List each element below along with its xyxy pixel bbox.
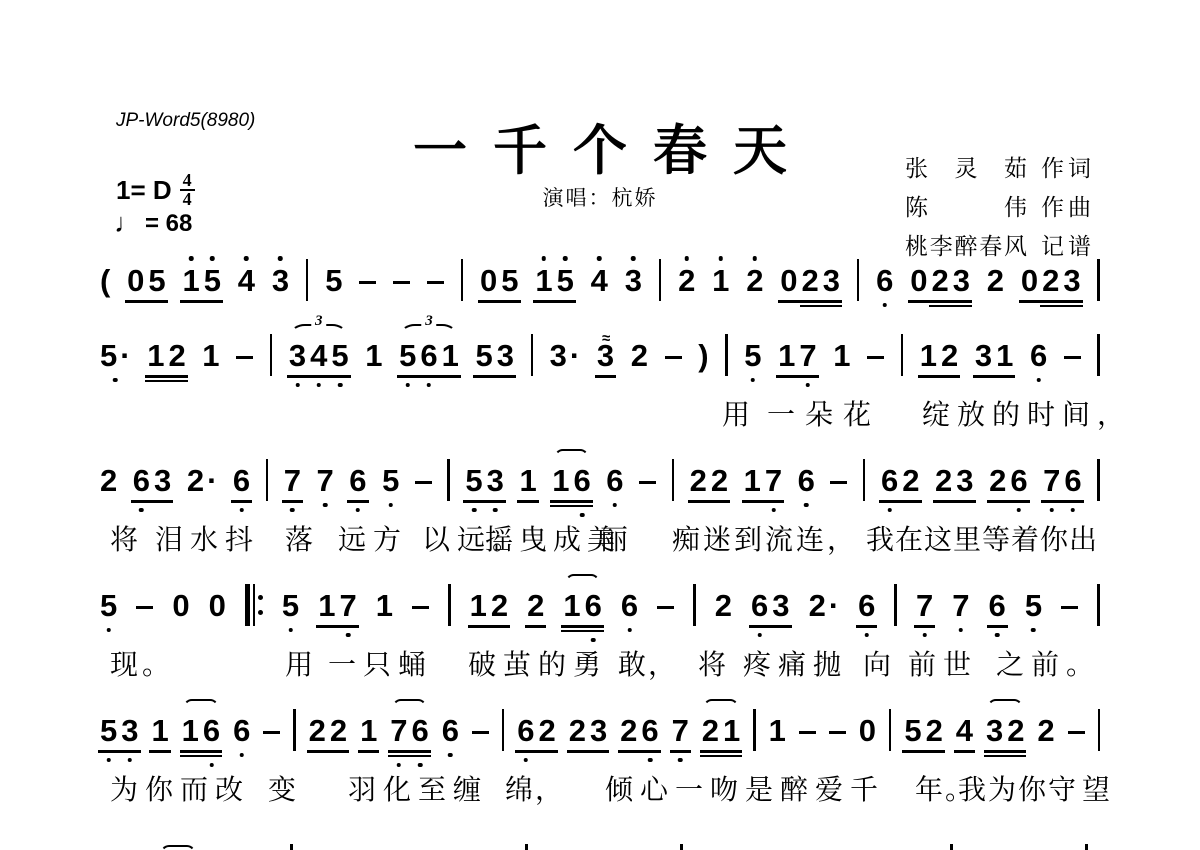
beam-underline bbox=[1041, 500, 1062, 503]
duration-dash bbox=[830, 481, 847, 485]
note: 2 bbox=[690, 464, 707, 498]
note-group: 63 bbox=[133, 464, 172, 498]
note-number: 3 bbox=[625, 263, 642, 298]
note: 6 bbox=[641, 714, 658, 748]
note-number: 0 bbox=[480, 263, 497, 298]
note: 3 bbox=[590, 714, 607, 748]
note-group: 76 bbox=[1043, 464, 1082, 498]
barline bbox=[889, 709, 892, 751]
beam-underline bbox=[918, 375, 939, 378]
note: 7 bbox=[317, 464, 334, 498]
beam-underline bbox=[131, 500, 152, 503]
note-group: 17 bbox=[318, 589, 357, 623]
note: 3 bbox=[550, 339, 581, 373]
note-number: 1 bbox=[535, 263, 552, 298]
repeat-thick-bar bbox=[245, 584, 250, 626]
beam-underline bbox=[397, 375, 418, 378]
octave-dot-below bbox=[804, 503, 809, 508]
note-number: 4 bbox=[310, 338, 327, 373]
next-line-barline-stub bbox=[1085, 844, 1088, 850]
note: 0 bbox=[1021, 264, 1038, 298]
note-number: 2 bbox=[809, 588, 826, 623]
barline bbox=[306, 259, 309, 301]
beam-underline bbox=[388, 755, 409, 758]
note: 5 bbox=[282, 589, 299, 623]
note-number: 2 bbox=[539, 713, 556, 748]
barline bbox=[857, 259, 860, 301]
note: 4 bbox=[310, 339, 327, 373]
note: 7 bbox=[672, 714, 689, 748]
beam-underline bbox=[149, 750, 170, 753]
note: 6 bbox=[203, 714, 220, 748]
note-group: 63 bbox=[751, 589, 790, 623]
beam-underline bbox=[1040, 300, 1061, 303]
music-line: (051543505154321202360232023 bbox=[100, 262, 1100, 298]
note-number: 3 bbox=[975, 338, 992, 373]
note: 1 bbox=[723, 714, 740, 748]
octave-dot-below bbox=[1071, 508, 1076, 513]
beam-underline bbox=[180, 300, 201, 303]
beam-underline bbox=[709, 500, 730, 503]
note-number: 2 bbox=[168, 338, 185, 373]
note-number: 3 bbox=[154, 463, 171, 498]
note-number: 6 bbox=[412, 713, 429, 748]
note-number: 6 bbox=[349, 463, 366, 498]
beam-underline bbox=[933, 500, 954, 503]
beam-underline bbox=[1061, 300, 1082, 303]
lyric-segment: 为你而改 bbox=[110, 775, 250, 807]
note: 5 bbox=[465, 464, 482, 498]
beam-underline bbox=[145, 375, 166, 378]
note: 5 bbox=[744, 339, 761, 373]
slur-group: 32 bbox=[986, 714, 1025, 748]
note-number: 5 bbox=[204, 263, 221, 298]
note: 3 bbox=[487, 464, 504, 498]
note-group: 7 bbox=[916, 589, 933, 623]
beam-underline bbox=[670, 750, 691, 753]
note: 3 bbox=[1063, 264, 1080, 298]
lyric-segment: 倾心一吻是醉爱千 bbox=[605, 775, 885, 807]
beam-underline bbox=[595, 375, 616, 378]
note-number: 5 bbox=[100, 338, 117, 373]
note: 1 bbox=[360, 714, 377, 748]
octave-dot-below bbox=[427, 383, 432, 388]
note-number: 2 bbox=[715, 588, 732, 623]
note: 2 bbox=[100, 464, 117, 498]
note-group: 023 bbox=[780, 264, 840, 298]
note: 5 bbox=[904, 714, 921, 748]
octave-dot-above bbox=[753, 256, 758, 261]
beam-underline bbox=[463, 500, 484, 503]
lyric-segment: 前世 bbox=[908, 650, 978, 682]
note: 3 bbox=[823, 264, 840, 298]
note-number: 3 bbox=[986, 713, 1003, 748]
note-group: 2 bbox=[527, 589, 544, 623]
lyric-segment: 羽化至缠 bbox=[348, 775, 488, 807]
note-group: 52 bbox=[904, 714, 943, 748]
note-group: 3 bbox=[272, 264, 289, 298]
note-number: 6 bbox=[641, 713, 658, 748]
note-group: 53 bbox=[100, 714, 139, 748]
beam-underline bbox=[800, 300, 821, 303]
lyric-segment: 将 bbox=[698, 650, 726, 682]
octave-dot-below bbox=[1017, 508, 1022, 513]
beam-underline bbox=[418, 375, 439, 378]
note: 5 bbox=[475, 339, 492, 373]
note-number: 2 bbox=[678, 263, 695, 298]
lyric-segment: 一朵花 bbox=[767, 400, 881, 432]
note: 3 bbox=[121, 714, 138, 748]
note-number: 2 bbox=[690, 463, 707, 498]
note-number: 5 bbox=[100, 588, 117, 623]
beam-underline bbox=[929, 300, 950, 303]
beam-underline bbox=[951, 305, 972, 308]
note-number: 1 bbox=[442, 338, 459, 373]
note-number: 2 bbox=[802, 263, 819, 298]
note: 2 bbox=[809, 589, 840, 623]
barline bbox=[725, 334, 728, 376]
octave-dot-below bbox=[472, 508, 477, 513]
note-number: 7 bbox=[339, 588, 356, 623]
note-number: 1 bbox=[318, 588, 335, 623]
note: 2 bbox=[989, 464, 1006, 498]
note: 1 bbox=[712, 264, 729, 298]
barline bbox=[1097, 259, 1100, 301]
note-group: 2 bbox=[715, 589, 732, 623]
note: 7 bbox=[952, 589, 969, 623]
note-number: 2 bbox=[931, 263, 948, 298]
beam-underline bbox=[499, 300, 520, 303]
note-number: 1 bbox=[996, 338, 1013, 373]
beam-underline bbox=[146, 300, 167, 303]
note-group: 2 bbox=[809, 589, 840, 623]
beam-underline bbox=[410, 750, 431, 753]
beam-underline bbox=[879, 500, 900, 503]
note: 2 bbox=[569, 714, 586, 748]
note: 0 bbox=[780, 264, 797, 298]
note: 1 bbox=[147, 339, 164, 373]
slur-group: 16 bbox=[182, 714, 221, 748]
octave-dot-below bbox=[1049, 508, 1054, 513]
note-number: 0 bbox=[780, 263, 797, 298]
barline bbox=[693, 584, 696, 626]
note-number: 5 bbox=[399, 338, 416, 373]
beam-underline bbox=[201, 755, 222, 758]
note-group: 62 bbox=[517, 714, 556, 748]
beam-underline bbox=[929, 305, 950, 308]
lyric-segment: 用 bbox=[722, 400, 750, 432]
octave-dot-below bbox=[290, 508, 295, 513]
beam-underline bbox=[939, 375, 960, 378]
duration-dash bbox=[393, 281, 410, 285]
duration-dash bbox=[236, 356, 253, 360]
note-number: 1 bbox=[360, 713, 377, 748]
note: 5 bbox=[204, 264, 221, 298]
paren: ) bbox=[698, 339, 708, 373]
note-number: 3 bbox=[772, 588, 789, 623]
note-number: 6 bbox=[585, 588, 602, 623]
note-group: 4 bbox=[591, 264, 608, 298]
octave-dot-below bbox=[388, 503, 393, 508]
beam-underline bbox=[410, 755, 431, 758]
beam-underline bbox=[347, 500, 368, 503]
octave-dot-below bbox=[397, 763, 402, 768]
note-group: 17 bbox=[778, 339, 817, 373]
note-group: 2 bbox=[746, 264, 763, 298]
lyric-segment: 向 bbox=[863, 650, 891, 682]
beam-underline bbox=[900, 500, 921, 503]
duration-dash bbox=[867, 356, 884, 360]
note-number: 0 bbox=[1021, 263, 1038, 298]
note: 0 bbox=[127, 264, 144, 298]
beam-underline bbox=[571, 505, 592, 508]
note: 2 bbox=[926, 714, 943, 748]
note: 3 bbox=[986, 714, 1003, 748]
barline bbox=[461, 259, 464, 301]
note-group: 5 bbox=[282, 589, 299, 623]
note-number: 3 bbox=[953, 263, 970, 298]
note-number: 2 bbox=[987, 263, 1004, 298]
note: 2 bbox=[1037, 714, 1054, 748]
note-group: 5 bbox=[100, 589, 117, 623]
beam-underline bbox=[489, 625, 510, 628]
beam-underline bbox=[468, 625, 489, 628]
note-number: 5 bbox=[282, 588, 299, 623]
note-group: 7 bbox=[284, 464, 301, 498]
beam-underline bbox=[316, 625, 337, 628]
octave-dot-below bbox=[338, 383, 343, 388]
note: 3≈ bbox=[597, 339, 614, 373]
note-number: 6 bbox=[1010, 463, 1027, 498]
note-group: 1 bbox=[151, 714, 168, 748]
note-number: 1 bbox=[833, 338, 850, 373]
beam-underline bbox=[308, 375, 329, 378]
note: 6 bbox=[798, 464, 815, 498]
beam-underline bbox=[984, 755, 1005, 758]
note: 3 bbox=[154, 464, 171, 498]
note-number: 6 bbox=[233, 463, 250, 498]
octave-dot-above bbox=[244, 256, 249, 261]
duration-dash bbox=[472, 731, 489, 735]
beam-underline bbox=[358, 750, 379, 753]
beam-underline bbox=[515, 750, 536, 753]
note-number: 1 bbox=[147, 338, 164, 373]
note-group: 3≈ bbox=[597, 339, 614, 373]
beam-underline bbox=[287, 375, 308, 378]
repeat-thin-bar bbox=[253, 584, 255, 626]
note: 6 bbox=[751, 589, 768, 623]
note: 2 bbox=[746, 264, 763, 298]
note-group: 62 bbox=[881, 464, 920, 498]
lyric-segment: 痴迷到流连， bbox=[672, 525, 858, 557]
note-number: 1 bbox=[182, 263, 199, 298]
note-group: 6 bbox=[989, 589, 1006, 623]
octave-dot-below bbox=[524, 758, 529, 763]
note: 6 bbox=[606, 464, 623, 498]
note: 2 bbox=[935, 464, 952, 498]
barline bbox=[901, 334, 904, 376]
note: 0 bbox=[172, 589, 189, 623]
note-number: 7 bbox=[317, 463, 334, 498]
music-line: 5005171122166263267765 bbox=[100, 587, 1100, 623]
octave-dot-below bbox=[995, 633, 1000, 638]
beam-underline bbox=[902, 750, 923, 753]
note: 1 bbox=[563, 589, 580, 623]
beam-underline bbox=[1005, 755, 1026, 758]
mordent-ornament: ≈ bbox=[602, 322, 609, 356]
note-number: 7 bbox=[799, 338, 816, 373]
note: 5 bbox=[100, 589, 117, 623]
note-number: 2 bbox=[491, 588, 508, 623]
note-number: 6 bbox=[133, 463, 150, 498]
note: 0 bbox=[910, 264, 927, 298]
note: 6 bbox=[233, 464, 250, 498]
lyric-line: 用一朵花绽放的时间， bbox=[100, 400, 1100, 434]
duration-dash bbox=[799, 731, 816, 735]
note: 5 bbox=[382, 464, 399, 498]
repeat-sign bbox=[245, 584, 263, 626]
note: 1 bbox=[833, 339, 850, 373]
note-group: 4 bbox=[238, 264, 255, 298]
note-number: 1 bbox=[769, 713, 786, 748]
note-number: 3 bbox=[823, 263, 840, 298]
note-number: 1 bbox=[202, 338, 219, 373]
note-number: 1 bbox=[519, 463, 536, 498]
beam-underline bbox=[1019, 300, 1040, 303]
note: 7 bbox=[765, 464, 782, 498]
octave-dot-below bbox=[113, 378, 118, 383]
note-number: 1 bbox=[712, 263, 729, 298]
note-number: 6 bbox=[1030, 338, 1047, 373]
note: 4 bbox=[238, 264, 255, 298]
note: 6 bbox=[881, 464, 898, 498]
barline bbox=[293, 709, 296, 751]
beam-underline bbox=[987, 625, 1008, 628]
beam-underline bbox=[800, 305, 821, 308]
note: 2 bbox=[539, 714, 556, 748]
note: 6 bbox=[989, 589, 1006, 623]
note-number: 1 bbox=[778, 338, 795, 373]
music-line: 53116622176662232672110524322 bbox=[100, 712, 1100, 748]
lyric-line: 将泪水抖落远方以远。摇曳成美丽痴迷到流连，我在这里等着你出 bbox=[100, 525, 1100, 559]
octave-dot-below bbox=[209, 763, 214, 768]
beam-underline bbox=[166, 375, 187, 378]
note-number: 2 bbox=[330, 713, 347, 748]
beam-underline bbox=[561, 630, 582, 633]
beam-underline bbox=[583, 630, 604, 633]
beam-underline bbox=[749, 625, 770, 628]
beam-underline bbox=[821, 305, 842, 308]
beam-underline bbox=[973, 375, 994, 378]
note-number: 7 bbox=[765, 463, 782, 498]
lyric-line: 为你而改变羽化至缠绵，倾心一吻是醉爱千年。我为你守望 bbox=[100, 775, 1100, 809]
note-number: 3 bbox=[550, 338, 567, 373]
beam-underline bbox=[588, 750, 609, 753]
duration-dash bbox=[263, 731, 280, 735]
beam-underline bbox=[533, 300, 554, 303]
note-group: 12 bbox=[470, 589, 509, 623]
beam-underline bbox=[951, 300, 972, 303]
octave-dot-above bbox=[597, 256, 602, 261]
note-group: 23 bbox=[569, 714, 608, 748]
barline bbox=[1097, 584, 1100, 626]
note: 2 bbox=[931, 264, 948, 298]
note-group: 26 bbox=[989, 464, 1028, 498]
note-group: 5 bbox=[744, 339, 761, 373]
beam-underline bbox=[984, 750, 1005, 753]
octave-dot-below bbox=[591, 638, 596, 643]
note-number: 1 bbox=[552, 463, 569, 498]
next-line-barline-stub bbox=[680, 844, 683, 850]
duration-dash bbox=[657, 606, 674, 610]
note-number: 2 bbox=[187, 463, 204, 498]
triplet-number: 3 bbox=[311, 313, 327, 330]
lyric-segment: 丽 bbox=[600, 525, 628, 557]
note-number: 5 bbox=[325, 263, 342, 298]
note: 6 bbox=[1064, 464, 1081, 498]
beam-underline bbox=[688, 500, 709, 503]
note-number: 2 bbox=[309, 713, 326, 748]
note-number: 6 bbox=[858, 588, 875, 623]
octave-dot-below bbox=[317, 383, 322, 388]
note: 1 bbox=[202, 339, 219, 373]
note-number: 2 bbox=[941, 338, 958, 373]
lyric-segment: 之前。 bbox=[996, 650, 1101, 682]
beam-underline bbox=[700, 755, 721, 758]
duration-dash bbox=[639, 481, 656, 485]
note-number: 2 bbox=[631, 338, 648, 373]
note-group: 1 bbox=[769, 714, 786, 748]
octave-dot-above bbox=[278, 256, 283, 261]
note-group: 22 bbox=[309, 714, 348, 748]
note-group: 5 bbox=[100, 339, 131, 373]
note: 6 bbox=[517, 714, 534, 748]
octave-dot-below bbox=[323, 503, 328, 508]
note: 3 bbox=[975, 339, 992, 373]
note: 2 bbox=[1042, 264, 1059, 298]
duration-dash bbox=[1061, 606, 1078, 610]
barline bbox=[659, 259, 662, 301]
beam-underline bbox=[571, 500, 592, 503]
note-number: 6 bbox=[517, 713, 534, 748]
beam-underline bbox=[742, 500, 763, 503]
note-group: 2 bbox=[678, 264, 695, 298]
paren: ( bbox=[100, 264, 110, 298]
beam-underline bbox=[954, 500, 975, 503]
note: 6 bbox=[133, 464, 150, 498]
note-number: 2 bbox=[100, 463, 117, 498]
duration-dash bbox=[359, 281, 376, 285]
note-group: 0 bbox=[859, 714, 876, 748]
lyric-segment: 将 bbox=[110, 525, 138, 557]
octave-dot-below bbox=[771, 508, 776, 513]
note-group: 5 bbox=[382, 464, 399, 498]
duration-dash bbox=[829, 731, 846, 735]
note: 6 bbox=[585, 589, 602, 623]
octave-dot-below bbox=[493, 508, 498, 513]
note-group: 17 bbox=[744, 464, 783, 498]
slur-group: 16 bbox=[563, 589, 602, 623]
note-number: 2 bbox=[527, 588, 544, 623]
lyric-segment: 一只蛹 bbox=[328, 650, 433, 682]
beam-underline bbox=[231, 500, 252, 503]
note-number: 7 bbox=[284, 463, 301, 498]
slur-group: 16 bbox=[552, 464, 591, 498]
octave-dot-below bbox=[239, 508, 244, 513]
barline bbox=[448, 584, 451, 626]
note-number: 5 bbox=[744, 338, 761, 373]
duration-dash bbox=[412, 606, 429, 610]
